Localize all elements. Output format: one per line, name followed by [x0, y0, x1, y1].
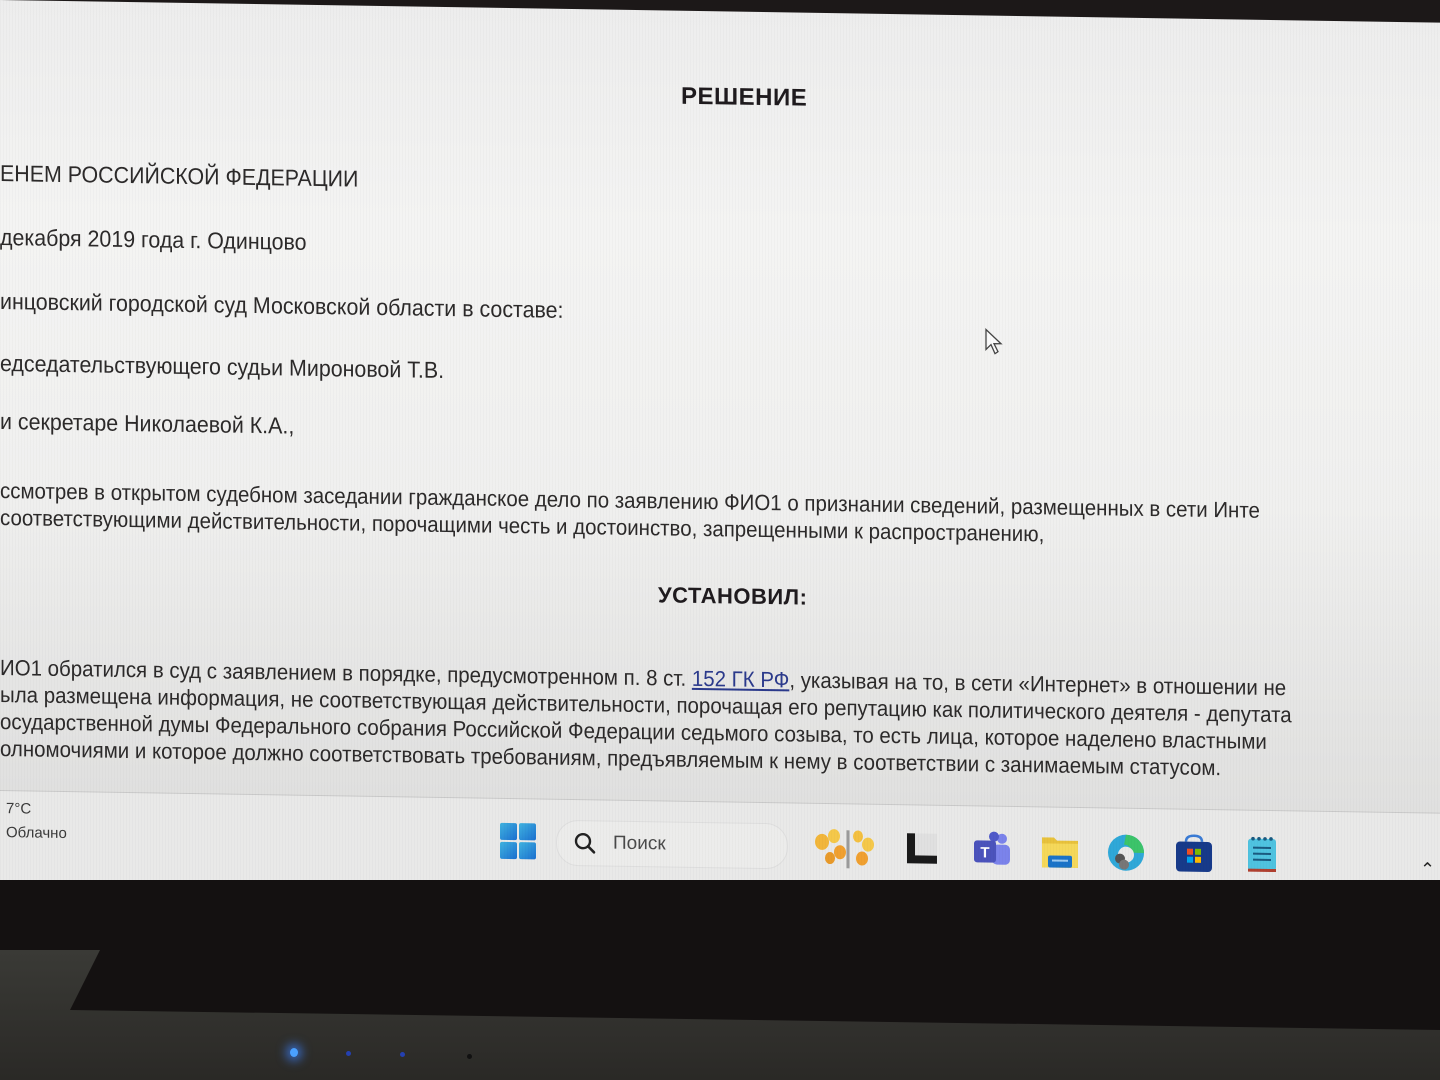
doc-line-judge: едседательствующего судьи Мироновой Т.В.: [0, 350, 444, 384]
weather-widget[interactable]: 7°C Облачно: [6, 797, 67, 846]
taskbar-search[interactable]: Поиск: [556, 820, 788, 870]
screen: РЕШЕНИЕ ЕНЕМ РОССИЙСКОЙ ФЕДЕРАЦИИ декабр…: [0, 0, 1440, 903]
doc-line-secretary: и секретаре Николаевой К.А.,: [0, 408, 294, 440]
svg-text:T: T: [980, 844, 989, 861]
num-lock-led-icon: [400, 1052, 405, 1057]
mouse-cursor-icon: [984, 327, 1006, 357]
start-button[interactable]: [500, 823, 536, 860]
document-title: РЕШЕНИЕ: [681, 83, 807, 113]
weather-condition: Облачно: [6, 821, 67, 846]
teams-icon[interactable]: T: [970, 828, 1014, 873]
search-placeholder: Поиск: [613, 833, 666, 856]
folder-icon[interactable]: [1038, 829, 1082, 874]
windows-logo-tile: [519, 823, 536, 840]
windows-logo-icon: [500, 823, 517, 840]
l-app-icon[interactable]: [903, 827, 947, 872]
doc-line-court: инцовский городской суд Московской облас…: [0, 288, 563, 324]
edge-icon[interactable]: [1104, 830, 1148, 875]
notepad-icon[interactable]: [1240, 832, 1284, 877]
document-view: РЕШЕНИЕ ЕНЕМ РОССИЙСКОЙ ФЕДЕРАЦИИ декабр…: [0, 0, 1440, 813]
windows-logo-tile: [500, 842, 517, 859]
search-icon: [573, 831, 597, 855]
store-icon[interactable]: [1172, 831, 1216, 876]
chevron-up-icon[interactable]: ⌃: [1420, 859, 1435, 880]
power-led-icon: [290, 1048, 298, 1057]
doc-line-date: декабря 2019 года г. Одинцово: [0, 224, 307, 256]
doc-line-federation: ЕНЕМ РОССИЙСКОЙ ФЕДЕРАЦИИ: [0, 160, 358, 193]
windows-logo-tile: [519, 842, 536, 859]
section-heading: УСТАНОВИЛ:: [658, 582, 807, 610]
law-article-link[interactable]: 152 ГК РФ: [692, 666, 789, 693]
autumn-leaves-icon[interactable]: [810, 826, 882, 871]
mic-led-icon: [467, 1054, 472, 1059]
caps-lock-led-icon: [346, 1051, 351, 1056]
weather-temperature: 7°C: [6, 797, 67, 822]
